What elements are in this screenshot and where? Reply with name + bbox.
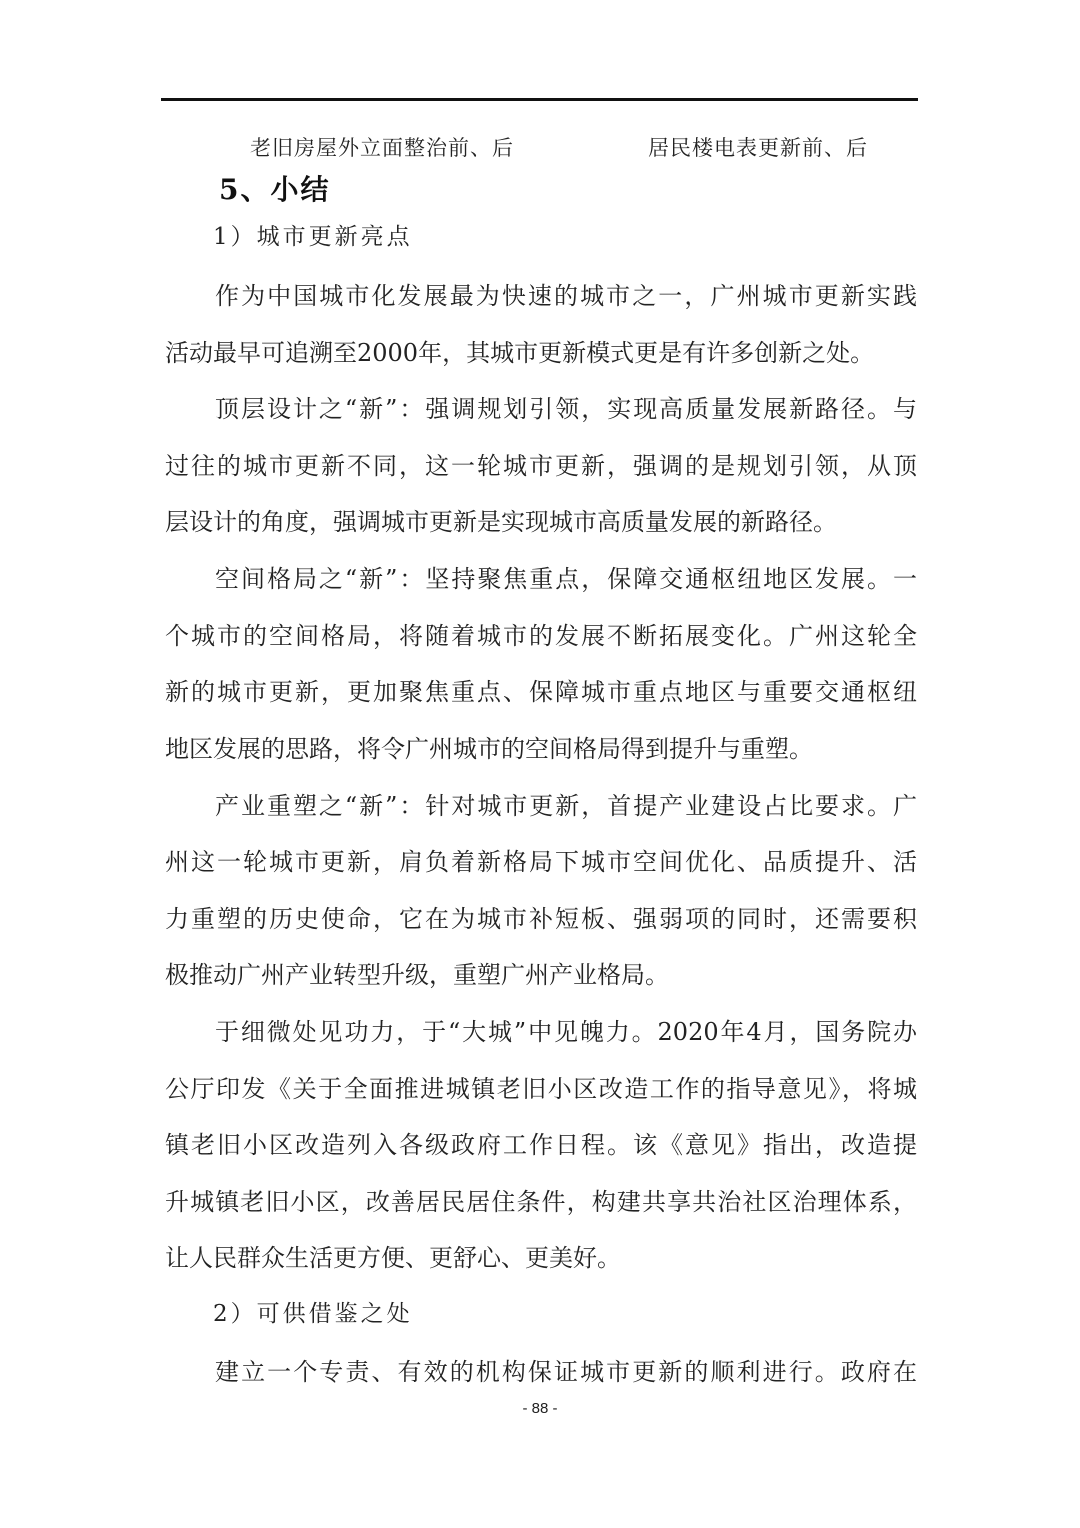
paragraph-line: 活动最早可追溯至2000年，其城市更新模式更是有许多创新之处。 bbox=[165, 333, 917, 368]
page-number: - 88 - bbox=[0, 1400, 1080, 1417]
paragraph-line: 新的城市更新，更加聚焦重点、保障城市重点地区与重要交通枢纽 bbox=[165, 672, 917, 707]
paragraph-line: 升城镇老旧小区，改善居民居住条件，构建共享共治社区治理体系， bbox=[165, 1182, 917, 1217]
paragraph-line: 镇老旧小区改造列入各级政府工作日程。该《意见》指出，改造提 bbox=[165, 1125, 917, 1160]
paragraph-line: 空间格局之“新”：坚持聚焦重点，保障交通枢纽地区发展。一 bbox=[215, 559, 917, 594]
paragraph-line: 极推动广州产业转型升级，重塑广州产业格局。 bbox=[165, 955, 917, 990]
paragraph-line: 州这一轮城市更新，肩负着新格局下城市空间优化、品质提升、活 bbox=[165, 842, 917, 877]
section-title: 5、小结 bbox=[219, 168, 330, 208]
paragraph-line: 顶层设计之“新”：强调规划引领，实现高质量发展新路径。与 bbox=[215, 389, 917, 424]
paragraph-line: 建立一个专责、有效的机构保证城市更新的顺利进行。政府在 bbox=[215, 1352, 917, 1387]
paragraph-line: 让人民群众生活更方便、更舒心、更美好。 bbox=[165, 1238, 917, 1273]
paragraph-line: 产业重塑之“新”：针对城市更新，首提产业建设占比要求。广 bbox=[215, 786, 917, 821]
paragraph-line: 力重塑的历史使命，它在为城市补短板、强弱项的同时，还需要积 bbox=[165, 899, 917, 934]
paragraph-line: 地区发展的思路，将令广州城市的空间格局得到提升与重塑。 bbox=[165, 729, 917, 764]
document-page: 老旧房屋外立面整治前、后 居民楼电表更新前、后 5、小结 1）城市更新亮点 作为… bbox=[0, 0, 1080, 1528]
subsection-heading-highlights: 1）城市更新亮点 bbox=[213, 218, 413, 251]
subsection-heading-lessons: 2）可供借鉴之处 bbox=[213, 1295, 413, 1328]
paragraph-line: 层设计的角度，强调城市更新是实现城市高质量发展的新路径。 bbox=[165, 502, 917, 537]
header-rule bbox=[161, 98, 918, 101]
paragraph-line: 于细微处见功力，于“大城”中见魄力。2020年4月，国务院办 bbox=[215, 1012, 917, 1047]
paragraph-line: 个城市的空间格局，将随着城市的发展不断拓展变化。广州这轮全 bbox=[165, 616, 917, 651]
paragraph-line: 公厅印发《关于全面推进城镇老旧小区改造工作的指导意见》，将城 bbox=[165, 1069, 917, 1104]
image-caption-facade: 老旧房屋外立面整治前、后 bbox=[250, 132, 514, 162]
image-caption-meter: 居民楼电表更新前、后 bbox=[648, 132, 868, 162]
paragraph-line: 过往的城市更新不同，这一轮城市更新，强调的是规划引领，从顶 bbox=[165, 446, 917, 481]
paragraph-line: 作为中国城市化发展最为快速的城市之一，广州城市更新实践 bbox=[215, 276, 917, 311]
